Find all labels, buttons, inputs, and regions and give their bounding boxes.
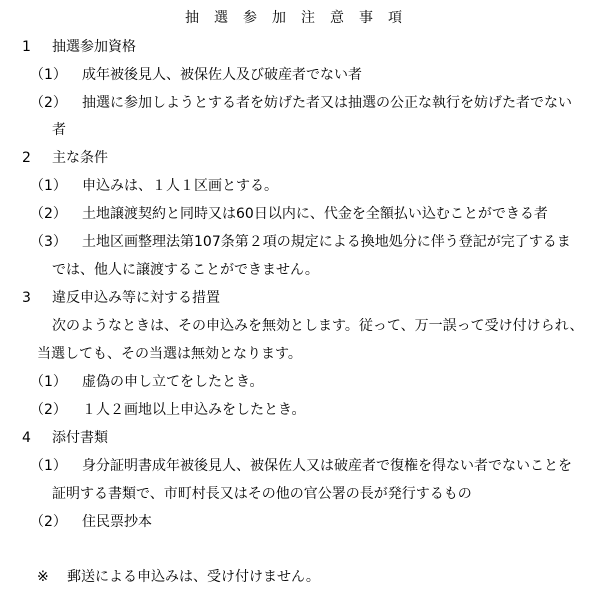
section-paragraph: 当選しても、その当選は無効となります。 xyxy=(37,345,302,363)
item-text: 虚偽の申し立てをしたとき。 xyxy=(82,374,263,390)
item-label: （2） xyxy=(30,205,82,223)
item-label: （1） xyxy=(30,373,82,391)
item-label: （2） xyxy=(30,513,82,531)
section-number: 4 xyxy=(22,429,52,447)
section-number: 3 xyxy=(22,289,52,307)
section-2-heading: 2主な条件 xyxy=(22,149,108,167)
section-number: 1 xyxy=(22,38,52,56)
item-text: １人２画地以上申込みをしたとき。 xyxy=(82,402,305,418)
item-text: 住民票抄本 xyxy=(82,514,152,530)
page-title: 抽選参加注意事項 xyxy=(185,9,417,27)
list-item: （3）土地区画整理法第107条第２項の規定による換地処分に伴う登記が完了するま xyxy=(30,233,571,251)
list-item: （1）虚偽の申し立てをしたとき。 xyxy=(30,373,263,391)
item-label: （1） xyxy=(30,177,82,195)
section-title: 抽選参加資格 xyxy=(52,39,136,55)
item-label: （3） xyxy=(30,233,82,251)
list-item: （2）住民票抄本 xyxy=(30,513,152,531)
list-item: （1）身分証明書成年被後見人、被保佐人又は破産者で復権を得ない者でないことを xyxy=(30,457,572,475)
item-label: （2） xyxy=(30,94,82,112)
list-item: （2）抽選に参加しようとする者を妨げた者又は抽選の公正な執行を妨げた者でない xyxy=(30,94,572,112)
footnote-text: 郵送による申込みは、受け付けません。 xyxy=(67,569,320,585)
reference-mark-icon: ※ xyxy=(37,568,67,586)
item-text: 土地譲渡契約と同時又は60日以内に、代金を全額払い込むことができる者 xyxy=(82,206,548,222)
list-item: （1）申込みは、１人１区画とする。 xyxy=(30,177,278,195)
item-text: 申込みは、１人１区画とする。 xyxy=(82,178,278,194)
section-4-heading: 4添付書類 xyxy=(22,429,108,447)
section-title: 違反申込み等に対する措置 xyxy=(52,290,220,306)
item-text: 身分証明書成年被後見人、被保佐人又は破産者で復権を得ない者でないことを xyxy=(82,458,572,474)
section-paragraph: 次のようなときは、その申込みを無効とします。従って、万一誤って受け付けられ、 xyxy=(52,317,583,335)
section-3-heading: 3違反申込み等に対する措置 xyxy=(22,289,220,307)
item-continuation: では、他人に譲渡することができません。 xyxy=(52,261,319,279)
item-continuation: 証明する書類で、市町村長又はその他の官公署の長が発行するもの xyxy=(52,485,472,503)
footnote: ※郵送による申込みは、受け付けません。 xyxy=(37,568,320,586)
list-item: （1）成年被後見人、被保佐人及び破産者でない者 xyxy=(30,66,362,84)
item-label: （1） xyxy=(30,457,82,475)
list-item: （2）土地譲渡契約と同時又は60日以内に、代金を全額払い込むことができる者 xyxy=(30,205,548,223)
list-item: （2）１人２画地以上申込みをしたとき。 xyxy=(30,401,305,419)
section-title: 添付書類 xyxy=(52,430,108,446)
section-title: 主な条件 xyxy=(52,150,108,166)
item-text: 土地区画整理法第107条第２項の規定による換地処分に伴う登記が完了するま xyxy=(82,234,571,250)
item-text: 成年被後見人、被保佐人及び破産者でない者 xyxy=(82,67,362,83)
item-label: （2） xyxy=(30,401,82,419)
item-label: （1） xyxy=(30,66,82,84)
section-1-heading: 1抽選参加資格 xyxy=(22,38,136,56)
item-continuation: 者 xyxy=(52,121,66,139)
item-text: 抽選に参加しようとする者を妨げた者又は抽選の公正な執行を妨げた者でない xyxy=(82,95,572,111)
section-number: 2 xyxy=(22,149,52,167)
